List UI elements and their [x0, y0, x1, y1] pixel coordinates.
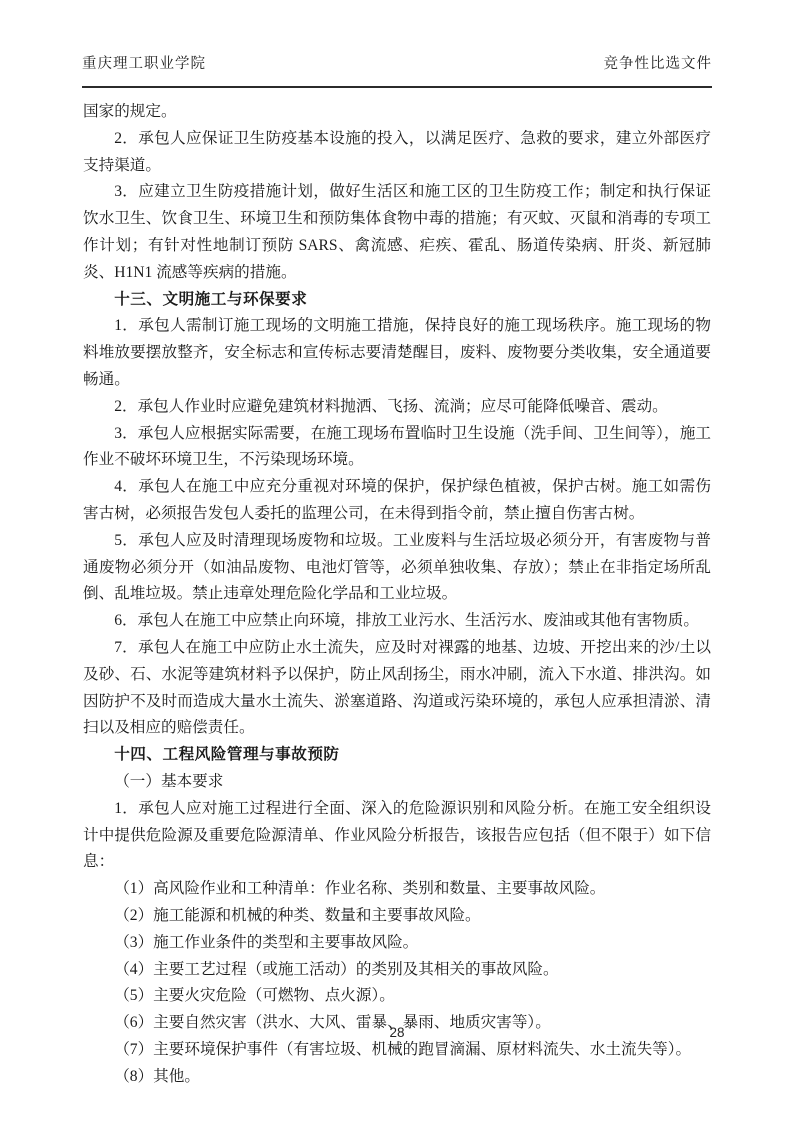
paragraph: 1．承包人应对施工过程进行全面、深入的危险源识别和风险分析。在施工安全组织设计中…: [83, 796, 711, 876]
paragraph: 7．承包人在施工中应防止水土流失，应及时对裸露的地基、边坡、开挖出来的沙/土以及…: [83, 635, 711, 742]
paragraph: 5．承包人应及时清理现场废物和垃圾。工业废料与生活垃圾必须分开，有害废物与普通废…: [83, 528, 711, 608]
document-body: 国家的规定。2．承包人应保证卫生防疫基本设施的投入，以满足医疗、急救的要求，建立…: [83, 99, 711, 1090]
page-number: 28: [389, 1025, 404, 1040]
paragraph: 2．承包人应保证卫生防疫基本设施的投入，以满足医疗、急救的要求，建立外部医疗支持…: [83, 126, 711, 180]
paragraph: 6．承包人在施工中应禁止向环境，排放工业污水、生活污水、废油或其他有害物质。: [83, 608, 711, 635]
section-heading: 十四、工程风险管理与事故预防: [83, 742, 711, 769]
paragraph: （7）主要环境保护事件（有害垃圾、机械的跑冒滴漏、原材料流失、水土流失等）。: [83, 1037, 711, 1064]
paragraph: （一）基本要求: [83, 769, 711, 796]
paragraph: 3．应建立卫生防疫措施计划，做好生活区和施工区的卫生防疫工作；制定和执行保证饮水…: [83, 179, 711, 286]
document-page: 重庆理工职业学院 竞争性比选文件 国家的规定。2．承包人应保证卫生防疫基本设施的…: [0, 0, 794, 1122]
header-right-title: 竞争性比选文件: [604, 52, 713, 73]
paragraph: （2）施工能源和机械的种类、数量和主要事故风险。: [83, 903, 711, 930]
paragraph: （3）施工作业条件的类型和主要事故风险。: [83, 930, 711, 957]
paragraph: （4）主要工艺过程（或施工活动）的类别及其相关的事故风险。: [83, 957, 711, 984]
section-heading: 十三、文明施工与环保要求: [83, 287, 711, 314]
paragraph: 4．承包人在施工中应充分重视对环境的保护，保护绿色植被，保护古树。施工如需伤害古…: [83, 474, 711, 528]
page-footer: 28: [0, 1025, 794, 1040]
paragraph: （1）高风险作业和工种清单：作业名称、类别和数量、主要事故风险。: [83, 876, 711, 903]
paragraph: （5）主要火灾危险（可燃物、点火源）。: [83, 983, 711, 1010]
paragraph: （8）其他。: [83, 1064, 711, 1091]
paragraph: 国家的规定。: [83, 99, 711, 126]
paragraph: 2．承包人作业时应避免建筑材料抛洒、飞扬、流淌；应尽可能降低噪音、震动。: [83, 394, 711, 421]
header-left-title: 重庆理工职业学院: [82, 52, 206, 73]
page-header: 重庆理工职业学院 竞争性比选文件: [82, 52, 712, 88]
paragraph: 1．承包人需制订施工现场的文明施工措施，保持良好的施工现场秩序。施工现场的物料堆…: [83, 313, 711, 393]
paragraph: 3．承包人应根据实际需要，在施工现场布置临时卫生设施（洗手间、卫生间等），施工作…: [83, 421, 711, 475]
